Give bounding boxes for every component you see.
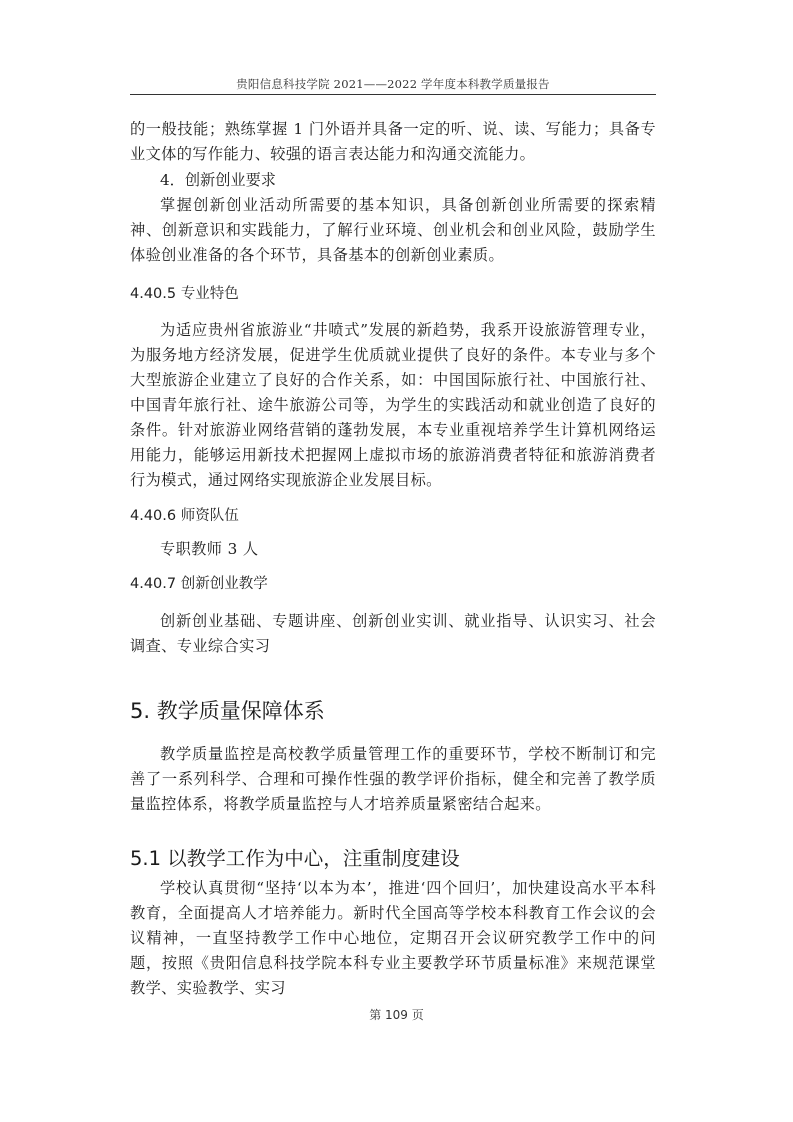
section-4-40-5: 4.40.5 专业特色 <box>130 282 656 307</box>
continuation-paragraph-block: 的一般技能；熟练掌握 1 门外语并具备一定的听、说、读、写能力；具备专业文体的写… <box>130 117 656 167</box>
teaching-center-paragraph: 学校认真贯彻“坚持‘以本为本’，推进‘四个回归’，加快建设高水平本科教育，全面提… <box>130 876 656 1001</box>
section-heading-4-40-5: 4.40.5 专业特色 <box>130 282 656 307</box>
continuation-paragraph: 的一般技能；熟练掌握 1 门外语并具备一定的听、说、读、写能力；具备专业文体的写… <box>130 117 656 167</box>
section-4-40-6-body: 专职教师 3 人 <box>130 537 656 562</box>
section-4-40-7: 4.40.7 创新创业教学 <box>130 572 656 597</box>
section-5-1: 5.1 以教学工作为中心，注重制度建设 <box>130 845 656 873</box>
specialty-features-paragraph: 为适应贵州省旅游业“井喷式”发展的新趋势，我系开设旅游管理专业，为服务地方经济发… <box>130 318 656 493</box>
chapter-heading-5: 5. 教学质量保障体系 <box>130 696 656 726</box>
section-4-40-7-body: 创新创业基础、专题讲座、创新创业实训、就业指导、认识实习、社会调查、专业综合实习 <box>130 609 656 659</box>
section-5: 5. 教学质量保障体系 <box>130 696 656 726</box>
section-4-40-6: 4.40.6 师资队伍 <box>130 504 656 529</box>
faculty-paragraph: 专职教师 3 人 <box>130 537 656 562</box>
header-divider <box>130 94 656 95</box>
running-header: 贵阳信息科技学院 2021——2022 学年度本科教学质量报告 <box>130 76 656 92</box>
item-4-title: 4．创新创业要求 <box>130 168 656 193</box>
item-4-block: 4．创新创业要求 掌握创新创业活动所需要的基本知识，具备创新创业所需要的探索精神… <box>130 168 656 268</box>
section-heading-5-1: 5.1 以教学工作为中心，注重制度建设 <box>130 845 656 873</box>
page-number: 第 109 页 <box>0 1006 793 1023</box>
quality-assurance-paragraph: 教学质量监控是高校教学质量管理工作的重要环节，学校不断制订和完善了一系列科学、合… <box>130 742 656 817</box>
item-4-paragraph: 掌握创新创业活动所需要的基本知识，具备创新创业所需要的探索精神、创新意识和实践能… <box>130 193 656 268</box>
section-4-40-5-body: 为适应贵州省旅游业“井喷式”发展的新趋势，我系开设旅游管理专业，为服务地方经济发… <box>130 318 656 493</box>
section-heading-4-40-7: 4.40.7 创新创业教学 <box>130 572 656 597</box>
section-heading-4-40-6: 4.40.6 师资队伍 <box>130 504 656 529</box>
section-5-body: 教学质量监控是高校教学质量管理工作的重要环节，学校不断制订和完善了一系列科学、合… <box>130 742 656 817</box>
document-page: 贵阳信息科技学院 2021——2022 学年度本科教学质量报告 的一般技能；熟练… <box>0 0 793 1122</box>
section-5-1-body: 学校认真贯彻“坚持‘以本为本’，推进‘四个回归’，加快建设高水平本科教育，全面提… <box>130 876 656 1001</box>
innovation-teaching-paragraph: 创新创业基础、专题讲座、创新创业实训、就业指导、认识实习、社会调查、专业综合实习 <box>130 609 656 659</box>
